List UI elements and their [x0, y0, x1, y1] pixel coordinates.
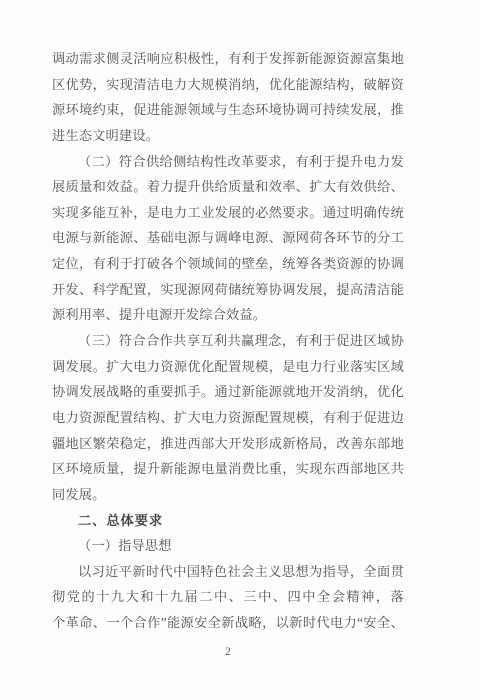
text-line: （三）符合合作共享互利共赢理念，有利于促进区域协: [52, 328, 404, 354]
text-line: 电力资源配置结构、扩大电力资源配置规模，有利于促进边: [52, 405, 404, 431]
text-line: 调动需求侧灵活响应积极性，有利于发挥新能源资源富集地: [52, 46, 404, 72]
text-line: 区优势，实现清洁电力大规模消纳，优化能源结构，破解资: [52, 72, 404, 98]
text-line: 电源与新能源、基础电源与调峰电源、源网荷各环节的分工: [52, 225, 404, 251]
text-line: 开发、科学配置，实现源网荷储统筹协调发展，提高清洁能: [52, 277, 404, 303]
text-line: 定位，有利于打破各个领域间的壁垒，统筹各类资源的协调: [52, 251, 404, 277]
text-line: 区环境质量，提升新能源电量消费比重，实现东西部地区共: [52, 456, 404, 482]
document-text-block: 调动需求侧灵活响应积极性，有利于发挥新能源资源富集地区优势，实现清洁电力大规模消…: [52, 46, 404, 636]
text-line: （二）符合供给侧结构性改革要求，有利于提升电力发: [52, 149, 404, 175]
section-heading: 二、总体要求: [52, 508, 404, 534]
text-line: 协调发展战略的重要抓手。通过新能源就地开发消纳，优化: [52, 379, 404, 405]
text-line: 源环境约束，促进能源领域与生态环境协调可持续发展，推: [52, 97, 404, 123]
text-line: 进生态文明建设。: [52, 123, 404, 149]
text-line: 展质量和效益。着力提升供给质量和效率、扩大有效供给、: [52, 174, 404, 200]
text-line: （一）指导思想: [52, 533, 404, 559]
text-line: 同发展。: [52, 482, 404, 508]
text-line: 彻党的十九大和十九届二中、三中、四中全会精神，落实“四: [52, 584, 404, 610]
text-line: 个革命、一个合作”能源安全新战略，以新时代电力“安全、: [52, 610, 404, 636]
text-line: 疆地区繁荣稳定，推进西部大开发形成新格局，改善东部地: [52, 431, 404, 457]
page-number: 2: [52, 646, 404, 658]
document-page: 调动需求侧灵活响应积极性，有利于发挥新能源资源富集地区优势，实现清洁电力大规模消…: [0, 0, 480, 700]
text-line: 调发展。扩大电力资源优化配置规模，是电力行业落实区域: [52, 354, 404, 380]
text-line: 实现多能互补，是电力工业发展的必然要求。通过明确传统: [52, 200, 404, 226]
text-line: 以习近平新时代中国特色社会主义思想为指导，全面贯: [52, 559, 404, 585]
text-line: 源利用率、提升电源开发综合效益。: [52, 302, 404, 328]
